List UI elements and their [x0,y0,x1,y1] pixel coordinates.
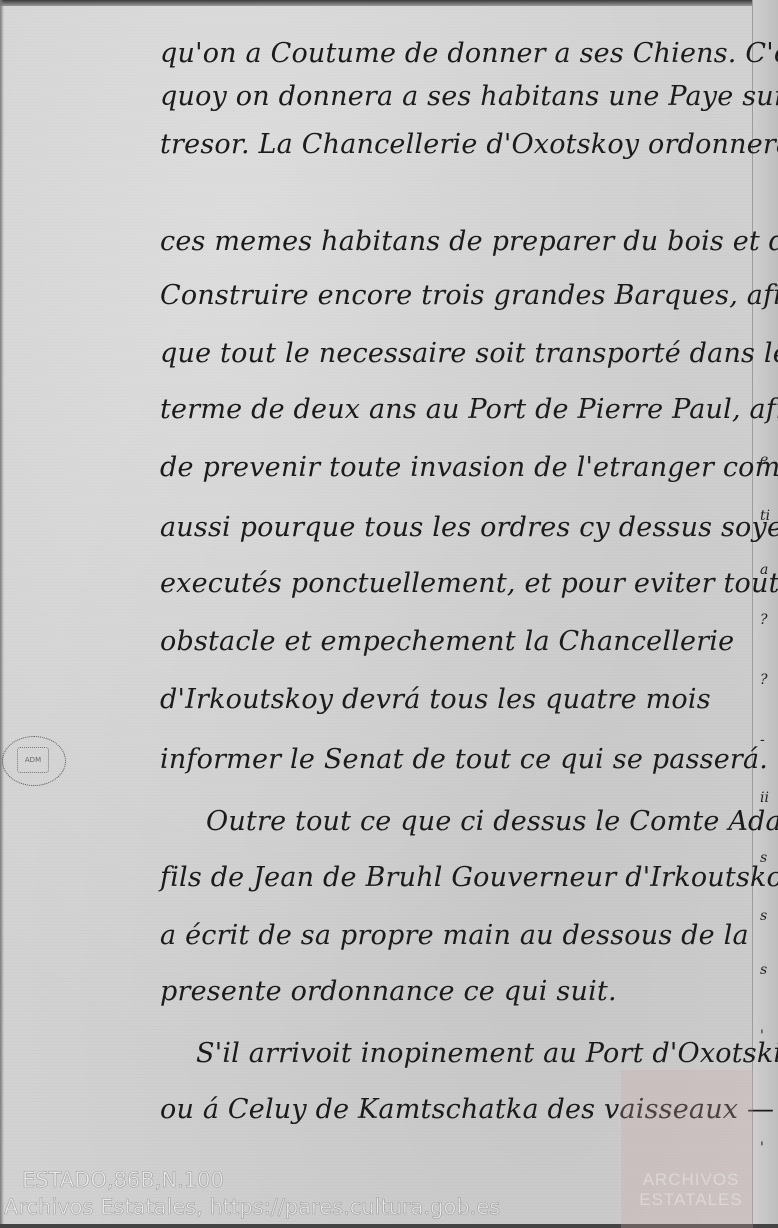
margin-fragment: ? [760,612,768,628]
text-line: presente ordonnance ce qui suit. [160,976,617,1007]
text-line: informer le Senat de tout ce qui se pass… [160,744,768,775]
archive-stamp: ADM [2,736,66,786]
stamp-label: ADM [17,747,49,773]
text-line: aussi pourque tous les ordres cy dessus … [160,512,778,543]
text-line: de prevenir toute invasion de l'etranger… [160,452,778,483]
text-line: executés ponctuellement, et pour eviter … [160,568,778,599]
margin-fragment: ' [760,1028,764,1044]
text-line: ces memes habitans de preparer du bois e… [160,226,778,257]
margin-fragment: ii [760,790,769,806]
margin-fragment: ? [760,672,768,688]
text-line: S'il arrivoit inopinement au Port d'Oxot… [196,1038,778,1069]
margin-fragment: s [760,962,767,978]
source-attribution: Archivos Estatales, https://pares.cultur… [4,1195,500,1219]
margin-fragment: s [760,908,767,924]
margin-fragment: a [760,562,768,578]
text-line: que tout le necessaire soit transporté d… [160,338,778,369]
text-line: terme de deux ans au Port de Pierre Paul… [160,394,778,425]
margin-fragment: e [760,452,768,468]
page-top-edge [0,0,778,6]
margin-fragment: - [760,732,765,748]
document-reference: ESTADO,86B,N.100 [22,1168,224,1192]
margin-fragment: ti [760,508,770,524]
manuscript-page: qu'on a Coutume de donner a ses Chiens. … [0,0,778,1228]
text-line: obstacle et empechement la Chancellerie [160,626,734,657]
text-line: Construire encore trois grandes Barques,… [160,280,778,311]
text-line: d'Irkoutskoy devrá tous les quatre mois [160,684,711,715]
page-left-edge [0,0,4,1228]
margin-fragment: s [760,850,767,866]
text-line: quoy on donnera a ses habitans une Paye … [160,81,778,112]
archive-logo-text: ARCHIVOS ESTATALES [630,1170,752,1210]
text-line: Outre tout ce que ci dessus le Comte Ada… [206,806,778,837]
margin-fragment: ' [760,1140,764,1156]
text-line: tresor. La Chancellerie d'Oxotskoy ordon… [160,129,778,160]
text-line: fils de Jean de Bruhl Gouverneur d'Irkou… [160,862,778,893]
text-line: qu'on a Coutume de donner a ses Chiens. … [160,38,778,69]
text-line: a écrit de sa propre main au dessous de … [160,920,749,951]
